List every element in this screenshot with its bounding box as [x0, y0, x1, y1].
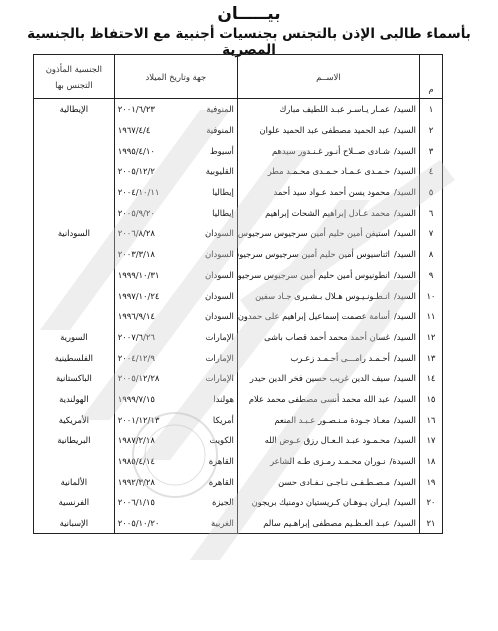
row-name-cell: السيد/مـصـطـفـى نـاجـى نـفـادى حسن [237, 471, 419, 492]
nationality [34, 285, 115, 306]
birth-date: ٢٠٠٥/١٢/٢ [114, 161, 183, 182]
person-name: شـادى صــلاح أنـور غـنـدور سيدهم [272, 146, 390, 156]
birth-place: السودان [183, 285, 237, 306]
header-num: م [419, 55, 442, 99]
person-name: ايـران يـوهـان كـريستيان دومنيك بريجون [252, 497, 390, 507]
nationality: الإسبانية [34, 513, 115, 534]
nationality [34, 202, 115, 223]
name-prefix: السيد/ [394, 166, 416, 176]
nationality: الأمريكية [34, 409, 115, 430]
birth-place: القليوبية [183, 161, 237, 182]
birth-place: الإمارات [183, 327, 237, 348]
row-number: ٧ [419, 223, 442, 244]
row-name-cell: السيد/سيف الدين غريب حسين فخر الدين حيدر [237, 368, 419, 389]
row-number: ١٠ [419, 285, 442, 306]
nationality [34, 140, 115, 161]
birth-date: ١٩٨٥/٤/١٤ [114, 451, 183, 472]
birth-place: السودان [183, 306, 237, 327]
birth-date: ١٩٩٩/١٠/٣١ [114, 265, 183, 286]
birth-place: أسيوط [183, 140, 237, 161]
birth-place: المنوفية [183, 99, 237, 120]
table-row: ٩السيد/انطونيوس أمين حليم أمين سرجيوس سر… [34, 265, 443, 286]
birth-date: ١٩٩٩/٧/١٥ [114, 389, 183, 410]
table-row: ٤السيد/حـمـدى عـمـاد حـمـدى محـمـد مطرال… [34, 161, 443, 182]
table-row: ١١السيد/أسامة عصمت إسماعيل إبراهيم على ح… [34, 306, 443, 327]
name-prefix: السيد/ [394, 435, 416, 445]
row-number: ١٨ [419, 451, 442, 472]
birth-date: ٢٠٠٤/١٢/٩ [114, 347, 183, 368]
table-row: ٢١السيد/عبـد العـظـيم مصطفى إبراهـيم سال… [34, 513, 443, 534]
table-row: ١٧السيد/محـمـود عبـد الـعـال رزق عـوض ال… [34, 430, 443, 451]
row-name-cell: السيد/غسان أحمد محمد أحمد قصاب باشى [237, 327, 419, 348]
row-name-cell: السيد/معـاذ جـودة مـنـصـور عـبـد المنعم [237, 409, 419, 430]
header-name: الاســم [237, 55, 419, 99]
nationality [34, 244, 115, 265]
table-row: ١السيد/عمـار يـاسـر عبـد اللطيف مباركالم… [34, 99, 443, 120]
row-name-cell: السيد/أسامة عصمت إسماعيل إبراهيم على حمد… [237, 306, 419, 327]
person-name: نـوران محـمـد رمـزى طـه الشاعر [270, 456, 386, 466]
nationality [34, 265, 115, 286]
table-row: ٣السيد/شـادى صــلاح أنـور غـنـدور سيدهمأ… [34, 140, 443, 161]
birth-date: ١٩٩٦/٩/١٤ [114, 306, 183, 327]
person-name: اثناسيوس أمين حليم أمين سرجيوس سرجيوس [237, 249, 390, 259]
nationality [34, 451, 115, 472]
birth-place: أمريكا [183, 409, 237, 430]
person-name: محمد عـادل إبراهيم الشحات إبراهيم [265, 208, 390, 218]
birth-place: السودان [183, 223, 237, 244]
birth-place: هولندا [183, 389, 237, 410]
name-prefix: السيد/ [394, 291, 416, 301]
birth-date: ٢٠٠٦/١/١٥ [114, 492, 183, 513]
person-name: عبـد العـظـيم مصطفى إبراهـيم سالم [263, 518, 390, 528]
nationality: الإيطالية [34, 99, 115, 120]
row-name-cell: السيد/محـمـود عبـد الـعـال رزق عـوض الله [237, 430, 419, 451]
nationality: الفلسطينية [34, 347, 115, 368]
row-number: ١٢ [419, 327, 442, 348]
name-prefix: السيد/ [394, 146, 416, 156]
name-prefix: السيد/ [394, 125, 416, 135]
birth-date: ٢٠٠١/١٢/١٣ [114, 409, 183, 430]
name-prefix: السيد/ [394, 270, 416, 280]
row-number: ٨ [419, 244, 442, 265]
name-prefix: السيد/ [394, 518, 416, 528]
name-prefix: السيد/ [394, 415, 416, 425]
row-number: ٥ [419, 182, 442, 203]
birth-place: القاهرة [183, 471, 237, 492]
table-row: ١٦السيد/معـاذ جـودة مـنـصـور عـبـد المنع… [34, 409, 443, 430]
row-name-cell: السيد/عمـار يـاسـر عبـد اللطيف مبارك [237, 99, 419, 120]
nationality [34, 306, 115, 327]
name-prefix: السيد/ [394, 353, 416, 363]
table-body: ١السيد/عمـار يـاسـر عبـد اللطيف مباركالم… [34, 99, 443, 534]
birth-place: المنوفية [183, 120, 237, 141]
person-name: عبد الحميد مصطفى عبد الحميد علوان [260, 125, 390, 135]
table-row: ١٠السيد/انـطـونـيـوس هـلال بـشـيرى جـاد … [34, 285, 443, 306]
row-number: ٤ [419, 161, 442, 182]
nationality: السورية [34, 327, 115, 348]
birth-date: ١٩٩٢/٣/٢٨ [114, 471, 183, 492]
row-number: ١٦ [419, 409, 442, 430]
birth-date: ٢٠٠٧/٦/٢٦ [114, 327, 183, 348]
table-row: ٢٠السيد/ايـران يـوهـان كـريستيان دومنيك … [34, 492, 443, 513]
birth-place: الإمارات [183, 347, 237, 368]
birth-place: الإمارات [183, 368, 237, 389]
name-prefix: السيد/ [394, 228, 416, 238]
nationality [34, 120, 115, 141]
person-name: محمود يسن أحمد عـواد سيد أحمد [274, 187, 390, 197]
table-row: ١٩السيد/مـصـطـفـى نـاجـى نـفـادى حسنالقا… [34, 471, 443, 492]
name-prefix: السيد/ [394, 249, 416, 259]
row-name-cell: السيد/شـادى صــلاح أنـور غـنـدور سيدهم [237, 140, 419, 161]
name-prefix: السيدة/ [390, 456, 416, 466]
row-name-cell: السيد/محمود يسن أحمد عـواد سيد أحمد [237, 182, 419, 203]
row-number: ١٤ [419, 368, 442, 389]
person-name: عمـار يـاسـر عبـد اللطيف مبارك [279, 104, 390, 114]
birth-place: الجيزة [183, 492, 237, 513]
document-title: بيـــــان [0, 4, 498, 24]
row-number: ١ [419, 99, 442, 120]
row-number: ١٥ [419, 389, 442, 410]
birth-date: ٢٠٠٣/٣/١٨ [114, 244, 183, 265]
table-row: ١٤السيد/سيف الدين غريب حسين فخر الدين حي… [34, 368, 443, 389]
person-name: مـصـطـفـى نـاجـى نـفـادى حسن [278, 477, 390, 487]
name-prefix: السيد/ [394, 187, 416, 197]
person-name: انـطـونـيـوس هـلال بـشـيرى جـاد سفين [255, 291, 390, 301]
nationality: الألمانية [34, 471, 115, 492]
person-name: استيفن أمين حليم أمين سرجيوس سرجيوس [238, 228, 390, 238]
row-name-cell: السيد/استيفن أمين حليم أمين سرجيوس سرجيو… [237, 223, 419, 244]
row-name-cell: السيد/عبـد العـظـيم مصطفى إبراهـيم سالم [237, 513, 419, 534]
nationality [34, 161, 115, 182]
birth-date: ١٩٨٧/٢/١٨ [114, 430, 183, 451]
nationality: الفرنسية [34, 492, 115, 513]
table-row: ١٣السيد/أحـمـد رامـــى أحـمـد زعـربالإما… [34, 347, 443, 368]
birth-date: ٢٠٠٥/٩/٢٠ [114, 202, 183, 223]
table-row: ١٨السيدة/نـوران محـمـد رمـزى طـه الشاعرا… [34, 451, 443, 472]
person-name: غسان أحمد محمد أحمد قصاب باشى [264, 332, 390, 342]
row-number: ١٩ [419, 471, 442, 492]
row-name-cell: السيد/عبد الحميد مصطفى عبد الحميد علوان [237, 120, 419, 141]
person-name: أسامة عصمت إسماعيل إبراهيم على حمدون [238, 311, 390, 321]
birth-date: ٢٠٠٤/١٠/١١ [114, 182, 183, 203]
nationality [34, 182, 115, 203]
table-row: ٢السيد/عبد الحميد مصطفى عبد الحميد علوان… [34, 120, 443, 141]
row-number: ٣ [419, 140, 442, 161]
row-name-cell: السيد/انطونيوس أمين حليم أمين سرجيوس سرج… [237, 265, 419, 286]
row-number: ٦ [419, 202, 442, 223]
row-number: ٢١ [419, 513, 442, 534]
table-row: ٨السيد/اثناسيوس أمين حليم أمين سرجيوس سر… [34, 244, 443, 265]
nationality: السودانية [34, 223, 115, 244]
birth-date: ١٩٩٧/١٠/٢٤ [114, 285, 183, 306]
row-number: ٢ [419, 120, 442, 141]
table-row: ٥السيد/محمود يسن أحمد عـواد سيد أحمدإيطا… [34, 182, 443, 203]
row-number: ١٧ [419, 430, 442, 451]
header-nationality: الجنسية المأذون التجنس بها [34, 55, 115, 99]
birth-date: ٢٠٠٦/٨/٢٨ [114, 223, 183, 244]
birth-place: السودان [183, 265, 237, 286]
nationality: الهولندية [34, 389, 115, 410]
row-name-cell: السيد/عبد الله محمد أنسى مصطفى محمد علام [237, 389, 419, 410]
birth-place: الكويت [183, 430, 237, 451]
table-row: ٦السيد/محمد عـادل إبراهيم الشحات إبراهيم… [34, 202, 443, 223]
birth-date: ١٩٩٥/٤/١٠ [114, 140, 183, 161]
row-number: ٢٠ [419, 492, 442, 513]
row-name-cell: السيد/اثناسيوس أمين حليم أمين سرجيوس سرج… [237, 244, 419, 265]
name-prefix: السيد/ [394, 373, 416, 383]
table-row: ٧السيد/استيفن أمين حليم أمين سرجيوس سرجي… [34, 223, 443, 244]
table-row: ١٥السيد/عبد الله محمد أنسى مصطفى محمد عل… [34, 389, 443, 410]
name-prefix: السيد/ [394, 477, 416, 487]
birth-date: ٢٠٠٥/١٠/٢٠ [114, 513, 183, 534]
nationality: البريطانية [34, 430, 115, 451]
person-name: عبد الله محمد أنسى مصطفى محمد علام [249, 394, 390, 404]
birth-date: ١٩٦٧/٤/٤ [114, 120, 183, 141]
birth-place: الغربية [183, 513, 237, 534]
table-header-row: م الاســم جهة وتاريخ الميلاد الجنسية الم… [34, 55, 443, 99]
person-name: حـمـدى عـمـاد حـمـدى محـمـد مطر [268, 166, 390, 176]
row-number: ١٣ [419, 347, 442, 368]
name-prefix: السيد/ [394, 394, 416, 404]
name-prefix: السيد/ [394, 497, 416, 507]
row-name-cell: السيد/حـمـدى عـمـاد حـمـدى محـمـد مطر [237, 161, 419, 182]
row-name-cell: السيد/انـطـونـيـوس هـلال بـشـيرى جـاد سف… [237, 285, 419, 306]
name-prefix: السيد/ [394, 311, 416, 321]
birth-date: ٢٠٠١/٦/٢٣ [114, 99, 183, 120]
row-name-cell: السيدة/نـوران محـمـد رمـزى طـه الشاعر [237, 451, 419, 472]
person-name: محـمـود عبـد الـعـال رزق عـوض الله [265, 435, 390, 445]
person-name: انطونيوس أمين حليم أمين سرجيوس سرجيوس [237, 270, 390, 280]
row-number: ٩ [419, 265, 442, 286]
person-name: معـاذ جـودة مـنـصـور عـبـد المنعم [274, 415, 390, 425]
birth-place: القاهرة [183, 451, 237, 472]
birth-place: السودان [183, 244, 237, 265]
birth-place: إيطاليا [183, 182, 237, 203]
row-name-cell: السيد/محمد عـادل إبراهيم الشحات إبراهيم [237, 202, 419, 223]
person-name: سيف الدين غريب حسين فخر الدين حيدر [250, 373, 390, 383]
name-prefix: السيد/ [394, 208, 416, 218]
table-row: ١٢السيد/غسان أحمد محمد أحمد قصاب باشىالإ… [34, 327, 443, 348]
row-name-cell: السيد/ايـران يـوهـان كـريستيان دومنيك بر… [237, 492, 419, 513]
name-prefix: السيد/ [394, 332, 416, 342]
row-name-cell: السيد/أحـمـد رامـــى أحـمـد زعـرب [237, 347, 419, 368]
name-prefix: السيد/ [394, 104, 416, 114]
person-name: أحـمـد رامـــى أحـمـد زعـرب [290, 353, 390, 363]
birth-place: إيطاليا [183, 202, 237, 223]
nationality: الباكستانية [34, 368, 115, 389]
naturalization-table: م الاســم جهة وتاريخ الميلاد الجنسية الم… [33, 54, 443, 534]
row-number: ١١ [419, 306, 442, 327]
birth-date: ٢٠٠٥/١٢/٢٨ [114, 368, 183, 389]
header-birth: جهة وتاريخ الميلاد [114, 55, 237, 99]
